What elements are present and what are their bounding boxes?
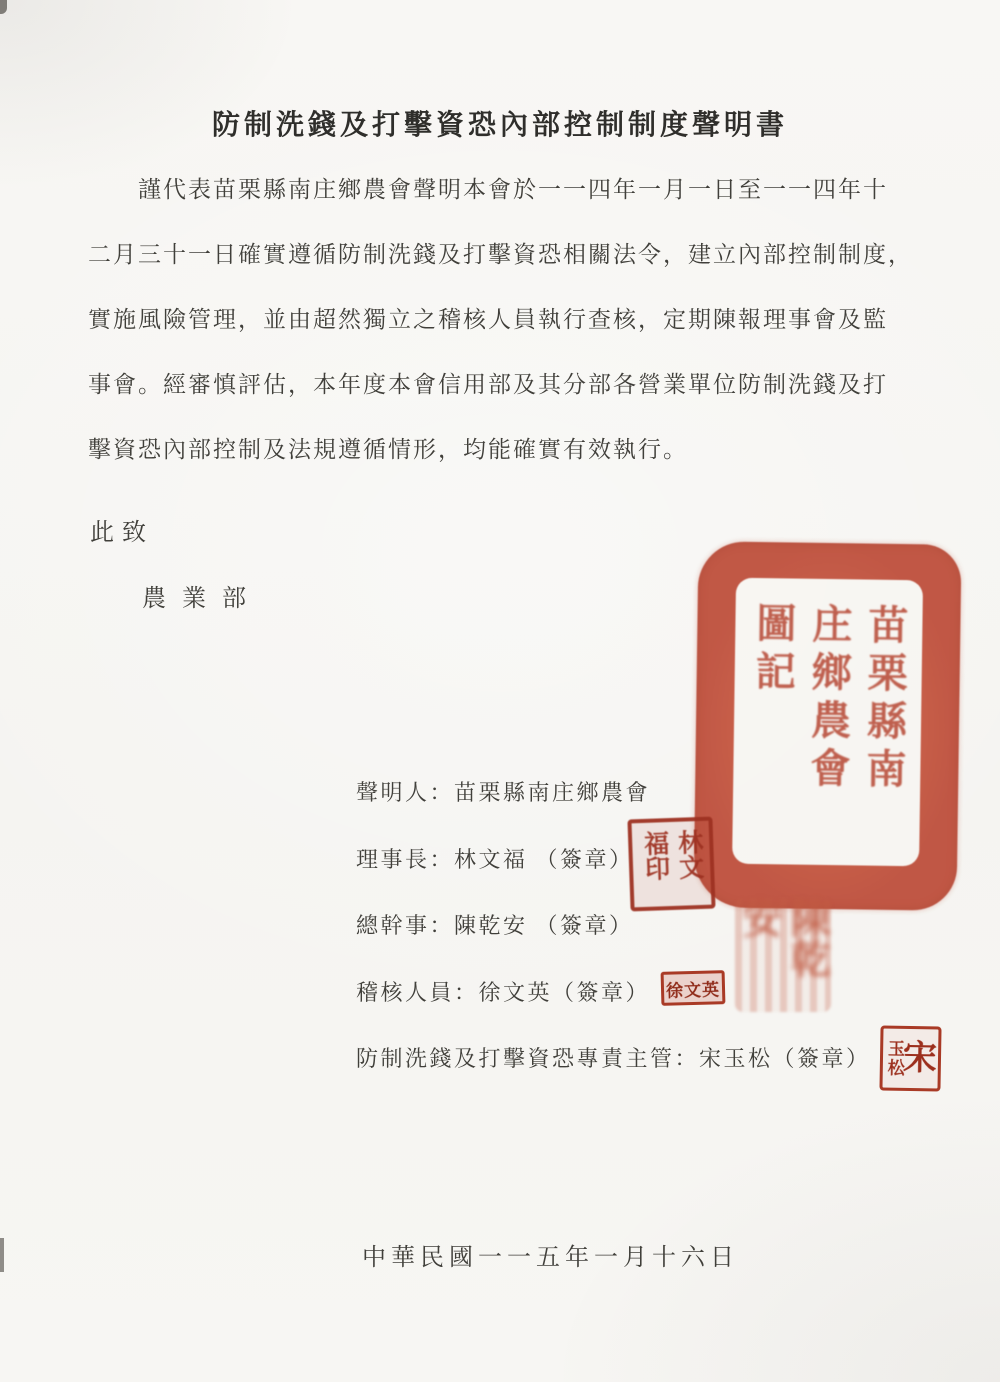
body-line: 謹代表苗栗縣南庄鄉農會聲明本會於一一四年一月一日至一一四年十: [88, 173, 948, 238]
aml-officer-name-seal-stamp: 宋 玉松: [879, 1025, 941, 1091]
signature-line-declarant: 聲明人：苗栗縣南庄鄉農會: [356, 776, 871, 843]
salutation: 此致: [90, 512, 154, 547]
body-line: 二月三十一日確實遵循防制洗錢及打擊資恐相關法令，建立內部控制制度，: [88, 238, 948, 303]
scan-edge-artifact: [0, 1238, 4, 1272]
document-title: 防制洗錢及打擊資恐內部控制制度聲明書: [0, 103, 1000, 143]
recipient-agency: 農業部: [142, 578, 262, 613]
aml-officer-seal-surname: 宋: [903, 1041, 938, 1076]
body-line: 事會。經審慎評估，本年度本會信用部及其分部各營業單位防制洗錢及打: [88, 368, 948, 433]
signature-line-chairman: 理事長：林文福 （簽章）: [356, 843, 871, 910]
signature-block: 聲明人：苗栗縣南庄鄉農會 理事長：林文福 （簽章） 總幹事：陳乾安 （簽章） 稽…: [356, 776, 871, 1109]
body-line: 擊資恐內部控制及法規遵循情形，均能確實有效執行。: [88, 433, 948, 498]
aml-officer-seal-given-name: 玉松: [884, 1039, 903, 1077]
signature-line-aml-officer: 防制洗錢及打擊資恐專責主管：宋玉松（簽章）: [356, 1042, 871, 1109]
scan-edge-artifact: [0, 0, 7, 14]
body-line: 實施風險管理，並由超然獨立之稽核人員執行查核，定期陳報理事會及監: [88, 303, 948, 368]
scanned-declaration-page: 防制洗錢及打擊資恐內部控制制度聲明書 謹代表苗栗縣南庄鄉農會聲明本會於一一四年一…: [0, 0, 1000, 1382]
document-date: 中華民國一一五年一月十六日: [362, 1237, 739, 1272]
declaration-paragraph: 謹代表苗栗縣南庄鄉農會聲明本會於一一四年一月一日至一一四年十 二月三十一日確實遵…: [88, 173, 948, 498]
signature-line-general-manager: 總幹事：陳乾安 （簽章）: [356, 909, 871, 976]
signature-line-auditor: 稽核人員：徐文英（簽章）: [356, 976, 871, 1043]
